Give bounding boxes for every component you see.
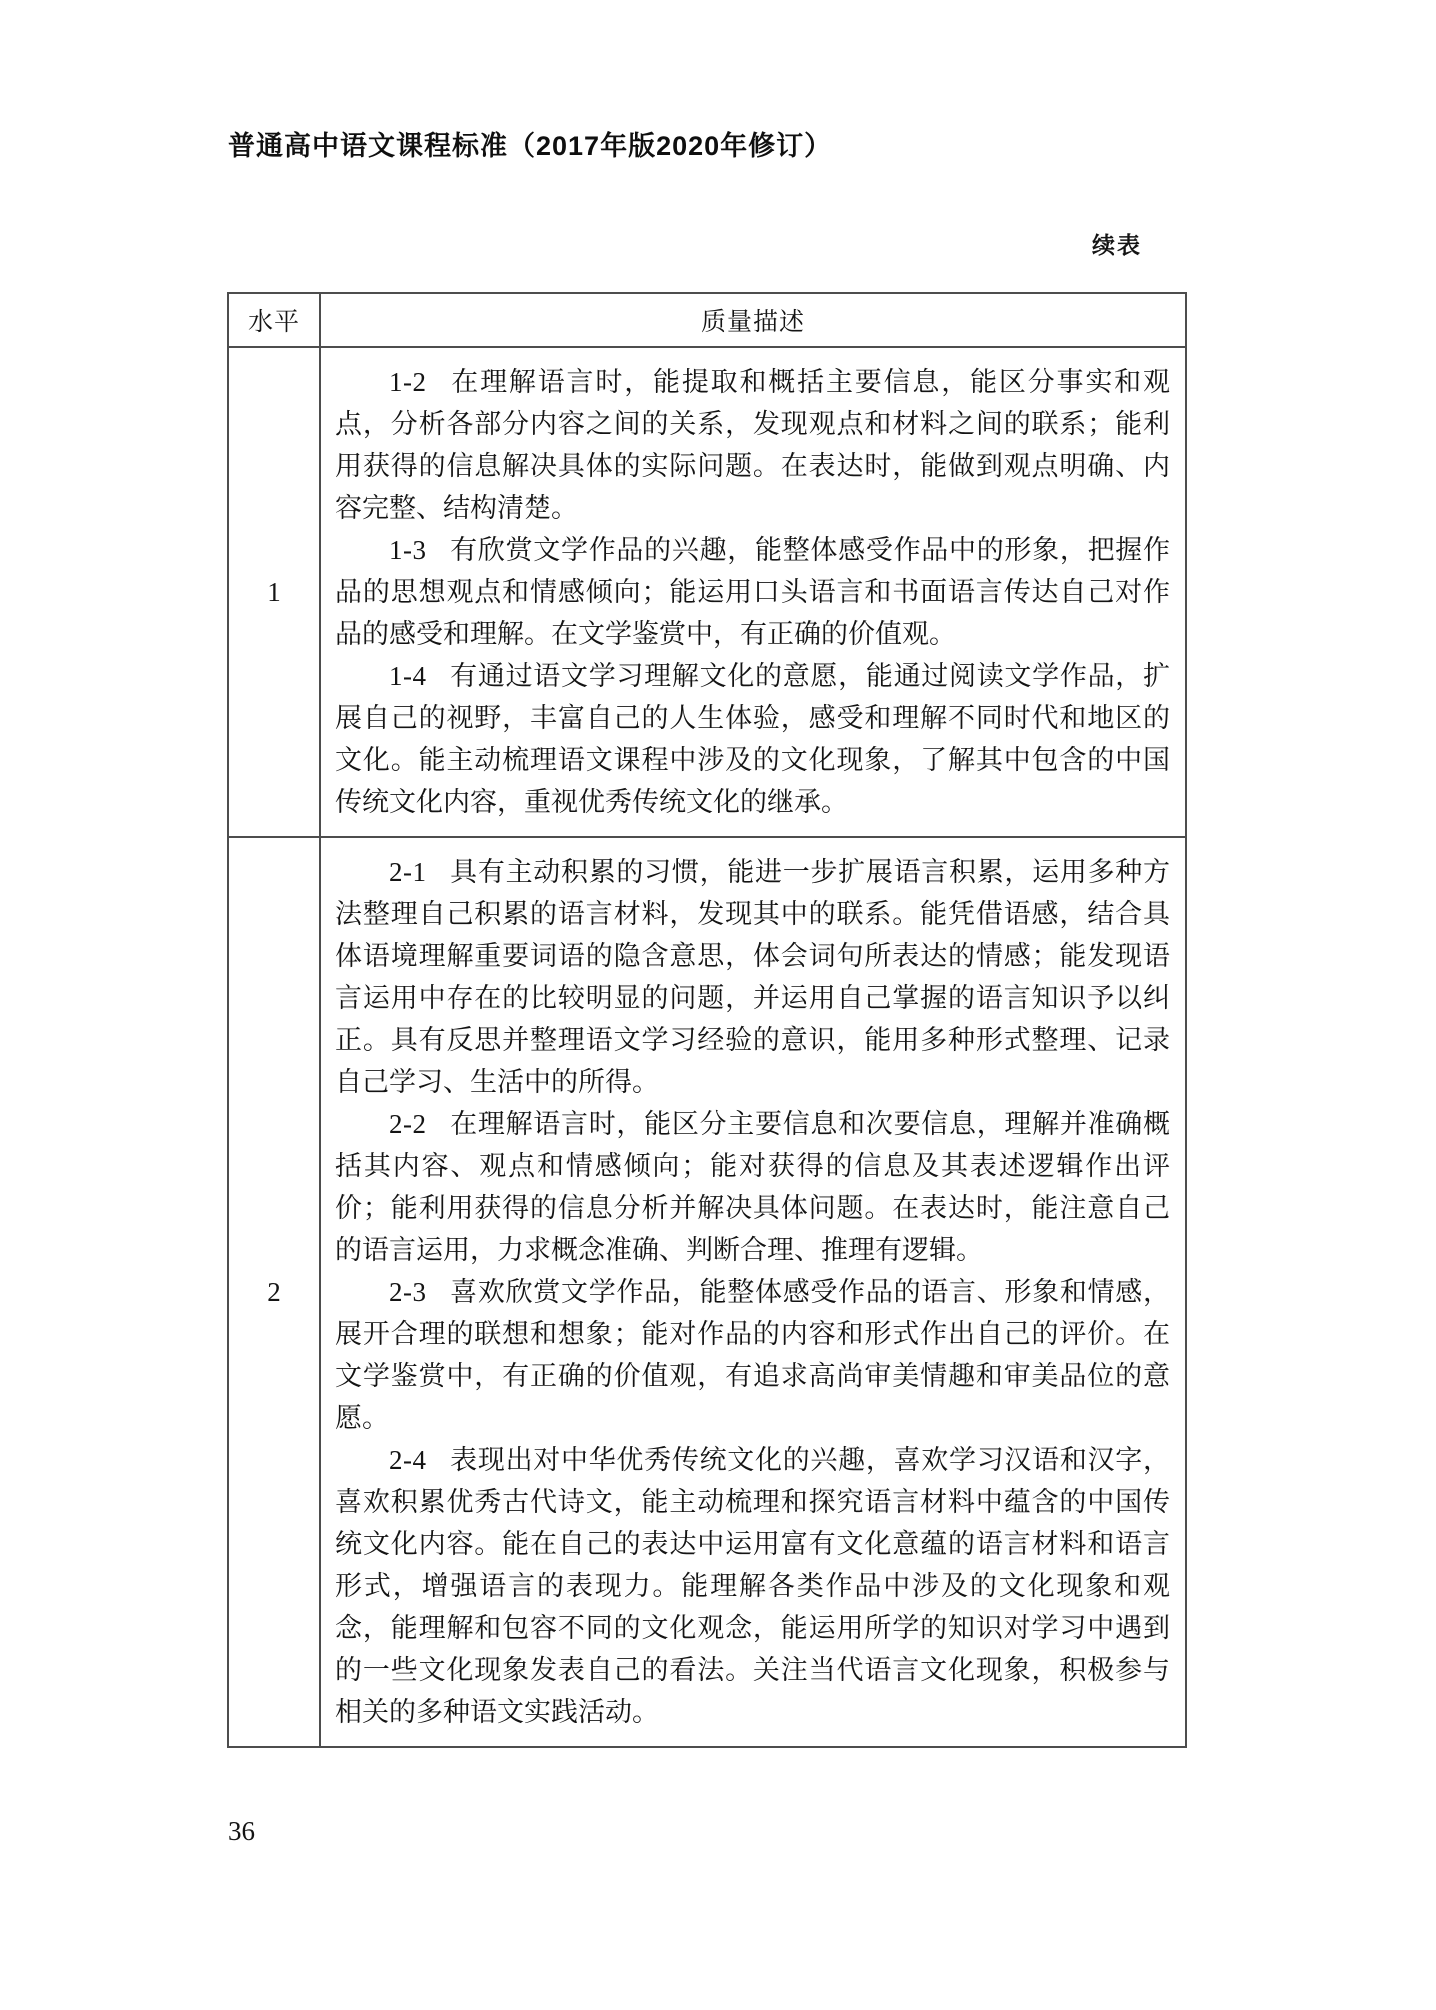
paragraph-text: 具有主动积累的习惯，能进一步扩展语言积累，运用多种方法整理自己积累的语言材料，发… [335,857,1170,1097]
level-cell-1: 1 [228,347,320,837]
paragraph-1-3: 1-3有欣赏文学作品的兴趣，能整体感受作品中的形象，把握作品的思想观点和情感倾向… [335,529,1170,655]
document-page: { "header": { "title": "普通高中语文课程标准（2017年… [0,0,1436,2010]
paragraph-text: 喜欢欣赏文学作品，能整体感受作品的语言、形象和情感，展开合理的联想和想象；能对作… [335,1277,1170,1433]
paragraph-1-4: 1-4有通过语文学习理解文化的意愿，能通过阅读文学作品，扩展自己的视野，丰富自己… [335,655,1170,823]
column-header-description: 质量描述 [320,293,1186,347]
paragraph-text: 有通过语文学习理解文化的意愿，能通过阅读文学作品，扩展自己的视野，丰富自己的人生… [335,661,1170,817]
paragraph-label: 1-4 [389,661,427,691]
table-header-row: 水平 质量描述 [228,293,1186,347]
paragraph-text: 在理解语言时，能区分主要信息和次要信息，理解并准确概括其内容、观点和情感倾向；能… [335,1109,1170,1265]
paragraph-2-3: 2-3喜欢欣赏文学作品，能整体感受作品的语言、形象和情感，展开合理的联想和想象；… [335,1271,1170,1439]
table-row-level-1: 1 1-2在理解语言时，能提取和概括主要信息，能区分事实和观点，分析各部分内容之… [228,347,1186,837]
paragraph-1-2: 1-2在理解语言时，能提取和概括主要信息，能区分事实和观点，分析各部分内容之间的… [335,361,1170,529]
page-title: 普通高中语文课程标准（2017年版2020年修订） [228,124,832,163]
paragraph-text: 有欣赏文学作品的兴趣，能整体感受作品中的形象，把握作品的思想观点和情感倾向；能运… [335,535,1170,649]
paragraph-label: 2-2 [389,1109,427,1139]
paragraph-2-4: 2-4表现出对中华优秀传统文化的兴趣，喜欢学习汉语和汉字，喜欢积累优秀古代诗文，… [335,1439,1170,1733]
table-row-level-2: 2 2-1具有主动积累的习惯，能进一步扩展语言积累，运用多种方法整理自己积累的语… [228,837,1186,1747]
paragraph-label: 2-1 [389,857,427,887]
paragraph-text: 表现出对中华优秀传统文化的兴趣，喜欢学习汉语和汉字，喜欢积累优秀古代诗文，能主动… [335,1445,1170,1727]
description-cell-2: 2-1具有主动积累的习惯，能进一步扩展语言积累，运用多种方法整理自己积累的语言材… [320,837,1186,1747]
level-cell-2: 2 [228,837,320,1747]
column-header-level: 水平 [228,293,320,347]
paragraph-2-1: 2-1具有主动积累的习惯，能进一步扩展语言积累，运用多种方法整理自己积累的语言材… [335,851,1170,1103]
paragraph-label: 1-2 [389,367,427,397]
paragraph-2-2: 2-2在理解语言时，能区分主要信息和次要信息，理解并准确概括其内容、观点和情感倾… [335,1103,1170,1271]
paragraph-text: 在理解语言时，能提取和概括主要信息，能区分事实和观点，分析各部分内容之间的关系，… [335,367,1170,523]
quality-table: 水平 质量描述 1 1-2在理解语言时，能提取和概括主要信息，能区分事实和观点，… [227,292,1187,1748]
paragraph-label: 2-4 [389,1445,427,1475]
continuation-label: 续表 [1092,227,1142,260]
description-cell-1: 1-2在理解语言时，能提取和概括主要信息，能区分事实和观点，分析各部分内容之间的… [320,347,1186,837]
paragraph-label: 2-3 [389,1277,427,1307]
page-number: 36 [228,1816,255,1847]
paragraph-label: 1-3 [389,535,427,565]
